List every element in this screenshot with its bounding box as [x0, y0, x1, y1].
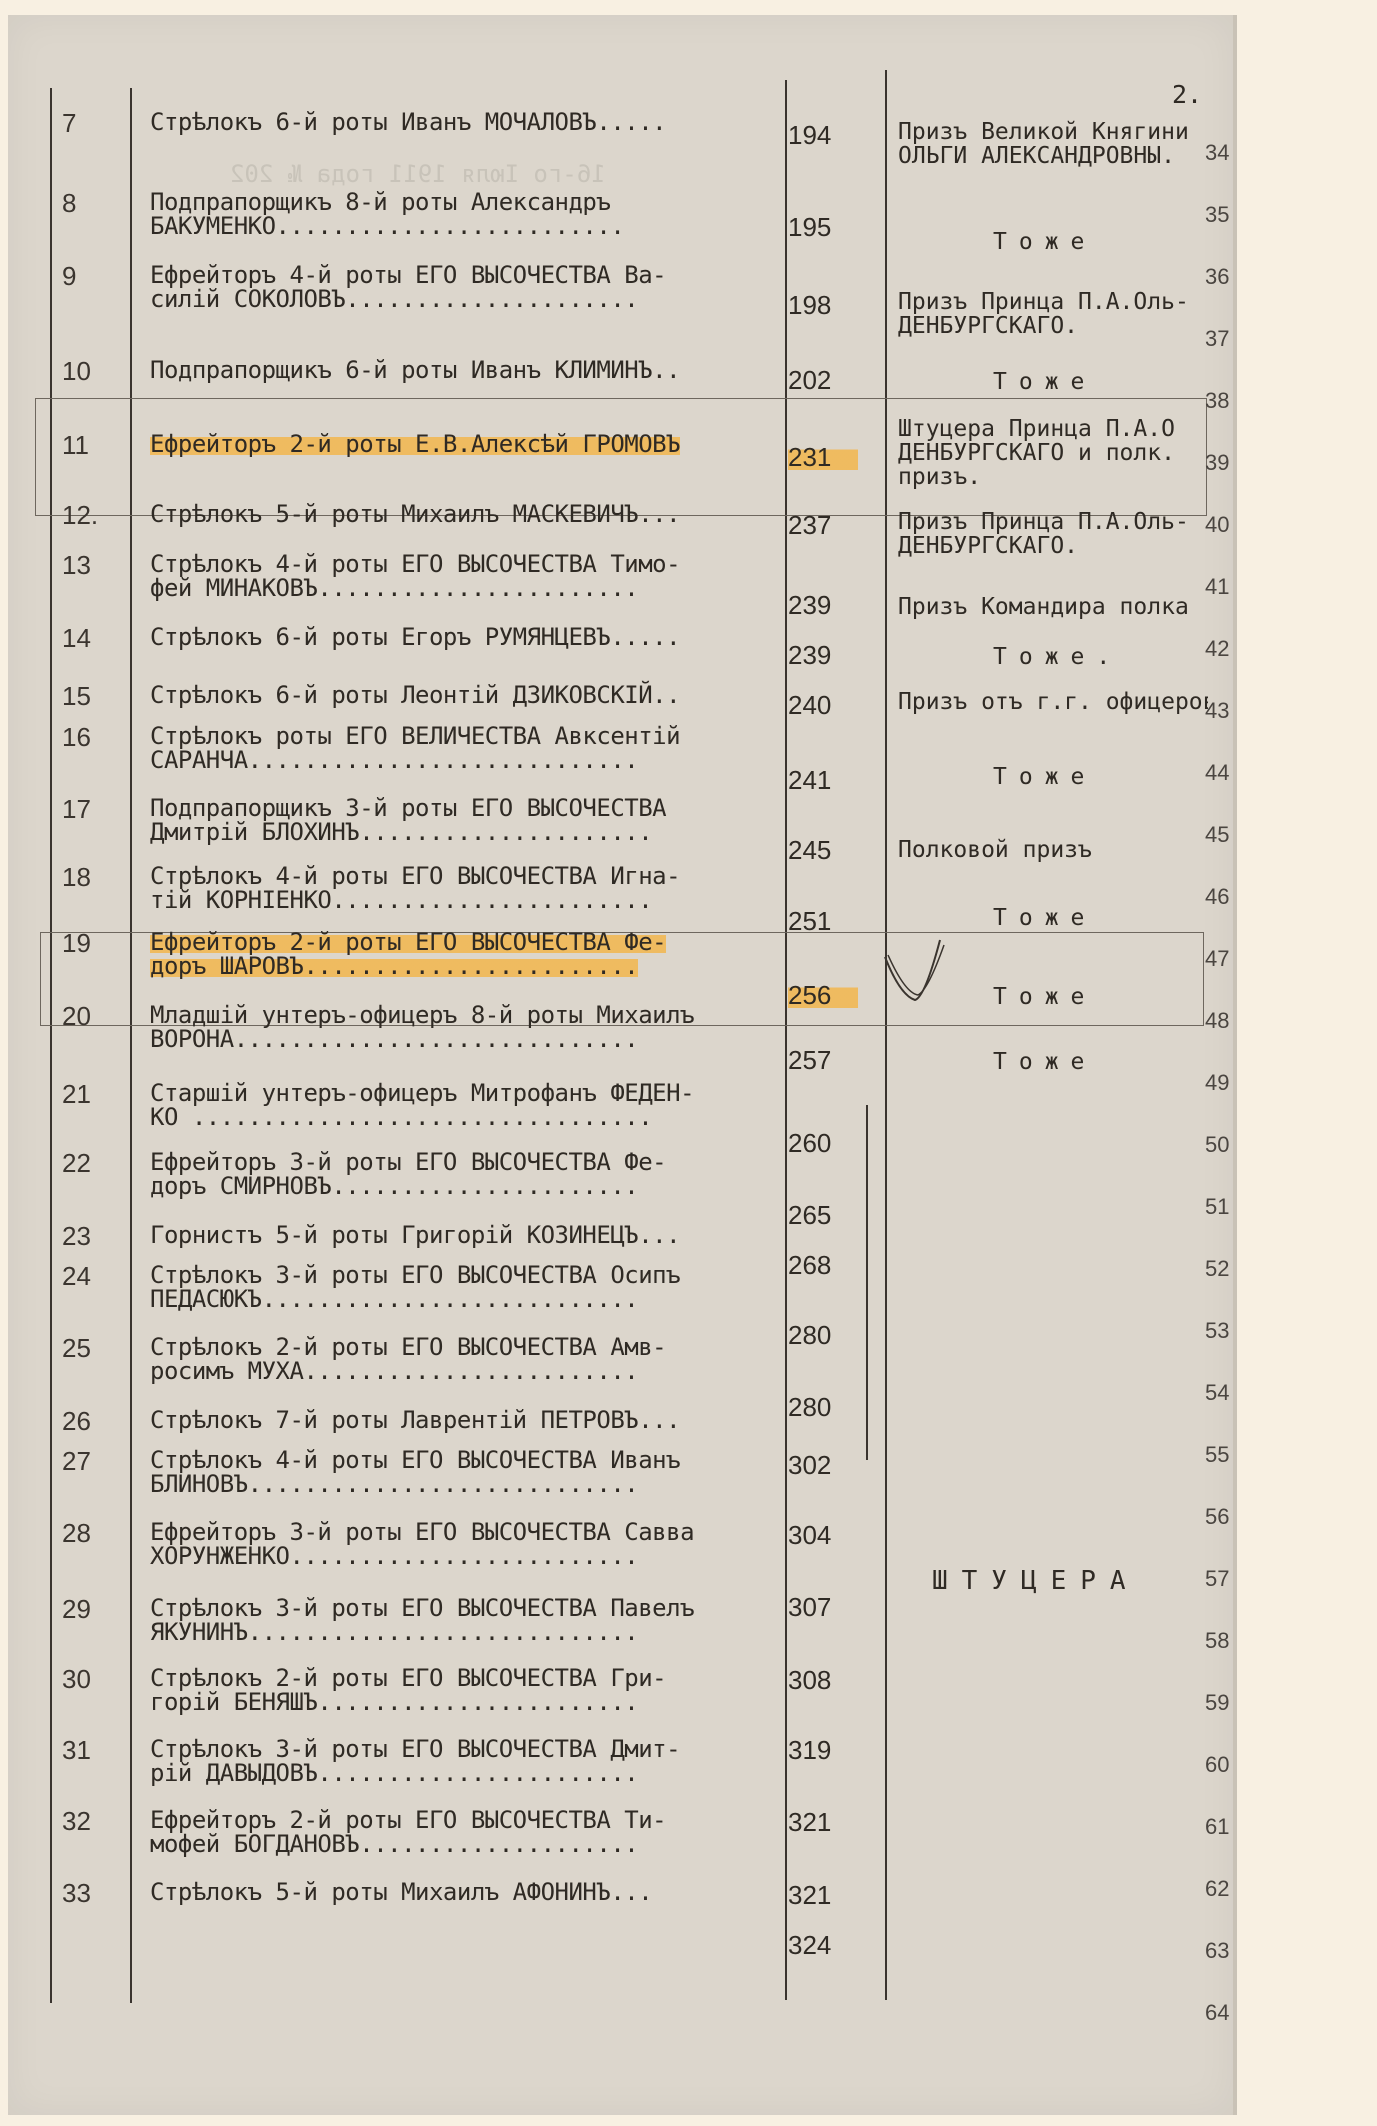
- margin-number: 51: [1205, 1194, 1235, 1220]
- row-entry-text: Стрѣлокъ 6-й роты Иванъ МОЧАЛОВЪ.....: [150, 110, 775, 134]
- margin-number: 36: [1205, 264, 1235, 290]
- margin-number: 44: [1205, 760, 1235, 786]
- row-prize: Призъ Принца П.А.Оль- ДЕНБУРГСКАГО.: [898, 290, 1208, 338]
- row-score: 251: [788, 906, 858, 937]
- row-number: 9: [62, 261, 112, 292]
- row-entry-text: Стрѣлокъ 7-й роты Лаврентій ПЕТРОВЪ...: [150, 1408, 775, 1432]
- margin-number: 38: [1205, 388, 1235, 414]
- row-number: 33: [62, 1878, 112, 1909]
- column-line-left: [50, 88, 52, 2003]
- margin-number: 61: [1205, 1814, 1235, 1840]
- row-number: 20: [62, 1001, 112, 1032]
- row-number: 29: [62, 1594, 112, 1625]
- row-prize: Тоже: [898, 906, 1303, 930]
- row-prize: Призъ Великой Княгини ОЛЬГИ АЛЕКСАНДРОВН…: [898, 120, 1208, 168]
- row-entry-text: Стрѣлокъ 3-й роты ЕГО ВЫСОЧЕСТВА Осипъ П…: [150, 1263, 775, 1311]
- row-score: 308: [788, 1665, 858, 1696]
- row-entry-text: Стрѣлокъ 5-й роты Михаилъ АФОНИНЪ...: [150, 1880, 775, 1904]
- row-score: 321: [788, 1807, 858, 1838]
- row-number: 23: [62, 1221, 112, 1252]
- row-prize: Тоже: [898, 370, 1303, 394]
- row-number: 24: [62, 1261, 112, 1292]
- margin-number: 42: [1205, 636, 1235, 662]
- row-number: 32: [62, 1806, 112, 1837]
- row-prize: Тоже: [898, 230, 1303, 254]
- row-prize: Тоже: [898, 1050, 1303, 1074]
- row-entry-text: Подпрапорщикъ 8-й роты Александръ БАКУМЕ…: [150, 190, 775, 238]
- margin-number: 58: [1205, 1628, 1235, 1654]
- margin-number: 54: [1205, 1380, 1235, 1406]
- row-entry-text: Стрѣлокъ 3-й роты ЕГО ВЫСОЧЕСТВА Дмит- р…: [150, 1737, 775, 1785]
- bleed-through-text: 16-го Іюля 1911 года № 202: [230, 160, 606, 188]
- margin-number: 40: [1205, 512, 1235, 538]
- margin-number: 39: [1205, 450, 1235, 476]
- row-score: 321: [788, 1880, 858, 1911]
- row-score: 239: [788, 590, 858, 621]
- row-entry-text: Подпрапорщикъ 6-й роты Иванъ КЛИМИНЪ..: [150, 358, 775, 382]
- row-entry-text: Стрѣлокъ 6-й роты Егоръ РУМЯНЦЕВЪ.....: [150, 625, 775, 649]
- row-score: 257: [788, 1045, 858, 1076]
- row-number: 10: [62, 356, 112, 387]
- row-prize: Тоже: [898, 985, 1303, 1009]
- page-number: 2.: [1172, 80, 1202, 109]
- row-number: 31: [62, 1735, 112, 1766]
- row-entry-text: Ефрейторъ 3-й роты ЕГО ВЫСОЧЕСТВА Фе- до…: [150, 1150, 775, 1198]
- row-number: 13: [62, 550, 112, 581]
- row-score: 280: [788, 1392, 858, 1423]
- margin-number: 41: [1205, 574, 1235, 600]
- row-entry-text: Ефрейторъ 2-й роты Е.В.Алексѣй ГРОМОВЪ: [150, 432, 775, 456]
- margin-number: 62: [1205, 1876, 1235, 1902]
- row-entry-text: Старшій унтеръ-офицеръ Митрофанъ ФЕДЕН- …: [150, 1081, 775, 1129]
- row-number: 16: [62, 722, 112, 753]
- row-score: 245: [788, 835, 858, 866]
- row-entry-text: Стрѣлокъ 6-й роты Леонтій ДЗИКОВСКІЙ..: [150, 683, 775, 707]
- margin-number: 45: [1205, 822, 1235, 848]
- row-score: 194: [788, 120, 858, 151]
- row-score: 198: [788, 290, 858, 321]
- row-score: 239: [788, 640, 858, 671]
- row-score: 304: [788, 1520, 858, 1551]
- row-score: 240: [788, 690, 858, 721]
- row-score: 319: [788, 1735, 858, 1766]
- margin-number: 56: [1205, 1504, 1235, 1530]
- margin-number: 37: [1205, 326, 1235, 352]
- margin-number: 46: [1205, 884, 1235, 910]
- row-entry-text: Стрѣлокъ 4-й роты ЕГО ВЫСОЧЕСТВА Иванъ Б…: [150, 1448, 775, 1496]
- row-number: 19: [62, 928, 112, 959]
- row-number: 25: [62, 1333, 112, 1364]
- row-score: 302: [788, 1450, 858, 1481]
- row-number: 21: [62, 1079, 112, 1110]
- row-entry-text: Ефрейторъ 2-й роты ЕГО ВЫСОЧЕСТВА Ти- мо…: [150, 1808, 775, 1856]
- row-score: 237: [788, 510, 858, 541]
- row-number: 27: [62, 1446, 112, 1477]
- row-entry-text: Ефрейторъ 4-й роты ЕГО ВЫСОЧЕСТВА Ва- си…: [150, 263, 775, 311]
- margin-number: 64: [1205, 2000, 1235, 2026]
- row-score: 307: [788, 1592, 858, 1623]
- margin-number: 48: [1205, 1008, 1235, 1034]
- row-number: 14: [62, 623, 112, 654]
- row-entry-text: Стрѣлокъ 2-й роты ЕГО ВЫСОЧЕСТВА Амв- ро…: [150, 1335, 775, 1383]
- row-number: 28: [62, 1518, 112, 1549]
- row-number: 8: [62, 188, 112, 219]
- row-number: 12.: [62, 500, 112, 531]
- margin-number: 63: [1205, 1938, 1235, 1964]
- row-number: 26: [62, 1406, 112, 1437]
- row-score: 324: [788, 1930, 858, 1961]
- margin-number: 47: [1205, 946, 1235, 972]
- row-score: 268: [788, 1250, 858, 1281]
- row-number: 17: [62, 794, 112, 825]
- row-entry-text: Стрѣлокъ роты ЕГО ВЕЛИЧЕСТВА Авксентій С…: [150, 724, 775, 772]
- margin-number: 35: [1205, 202, 1235, 228]
- row-score: 265: [788, 1200, 858, 1231]
- row-score: 256: [788, 980, 858, 1011]
- margin-number: 34: [1205, 140, 1235, 166]
- row-prize: Призъ Принца П.А.Оль- ДЕНБУРГСКАГО.: [898, 510, 1208, 558]
- margin-number: 50: [1205, 1132, 1235, 1158]
- row-entry-text: Ефрейторъ 2-й роты ЕГО ВЫСОЧЕСТВА Фе- до…: [150, 930, 775, 978]
- margin-number: 43: [1205, 698, 1235, 724]
- row-number: 15: [62, 681, 112, 712]
- margin-number: 59: [1205, 1690, 1235, 1716]
- row-prize: Штуцера Принца П.А.О ДЕНБУРГСКАГО и полк…: [898, 417, 1208, 489]
- row-entry-text: Стрѣлокъ 4-й роты ЕГО ВЫСОЧЕСТВА Тимо- ф…: [150, 552, 775, 600]
- row-entry-text: Горнистъ 5-й роты Григорій КОЗИНЕЦЪ...: [150, 1223, 775, 1247]
- row-prize: Полковой призъ: [898, 838, 1208, 862]
- row-score: 231: [788, 442, 858, 473]
- row-score: 241: [788, 765, 858, 796]
- row-score: 195: [788, 212, 858, 243]
- row-prize: Призъ отъ г.г. офицеровъ: [898, 690, 1208, 714]
- margin-number: 49: [1205, 1070, 1235, 1096]
- row-number: 18: [62, 862, 112, 893]
- row-entry-text: Подпрапорщикъ 3-й роты ЕГО ВЫСОЧЕСТВА Дм…: [150, 796, 775, 844]
- margin-number: 57: [1205, 1566, 1235, 1592]
- row-entry-text: Ефрейторъ 3-й роты ЕГО ВЫСОЧЕСТВА Савва …: [150, 1520, 775, 1568]
- row-number: 22: [62, 1148, 112, 1179]
- row-prize: Тоже.: [898, 645, 1303, 669]
- row-entry-text: Младшій унтеръ-офицеръ 8-й роты Михаилъ …: [150, 1003, 775, 1051]
- row-entry-text: Стрѣлокъ 5-й роты Михаилъ МАСКЕВИЧЪ...: [150, 502, 775, 526]
- column-line-prize: [885, 70, 887, 2000]
- margin-number: 53: [1205, 1318, 1235, 1344]
- column-line-number: [130, 88, 132, 2003]
- margin-number: 55: [1205, 1442, 1235, 1468]
- row-score: 260: [788, 1128, 858, 1159]
- row-prize: Тоже: [898, 765, 1303, 789]
- row-number: 11: [62, 430, 112, 461]
- row-score: 202: [788, 365, 858, 396]
- row-entry-text: Стрѣлокъ 3-й роты ЕГО ВЫСОЧЕСТВА Павелъ …: [150, 1596, 775, 1644]
- margin-number: 52: [1205, 1256, 1235, 1282]
- row-entry-text: Стрѣлокъ 2-й роты ЕГО ВЫСОЧЕСТВА Гри- го…: [150, 1666, 775, 1714]
- row-score: 280: [788, 1320, 858, 1351]
- row-number: 7: [62, 108, 112, 139]
- row-entry-text: Стрѣлокъ 4-й роты ЕГО ВЫСОЧЕСТВА Игна- т…: [150, 864, 775, 912]
- margin-number: 60: [1205, 1752, 1235, 1778]
- group-label: ШТУЦЕРА: [932, 1566, 1140, 1596]
- column-line-score: [785, 80, 787, 2000]
- row-number: 30: [62, 1664, 112, 1695]
- row-prize: Призъ Командира полка: [898, 595, 1208, 619]
